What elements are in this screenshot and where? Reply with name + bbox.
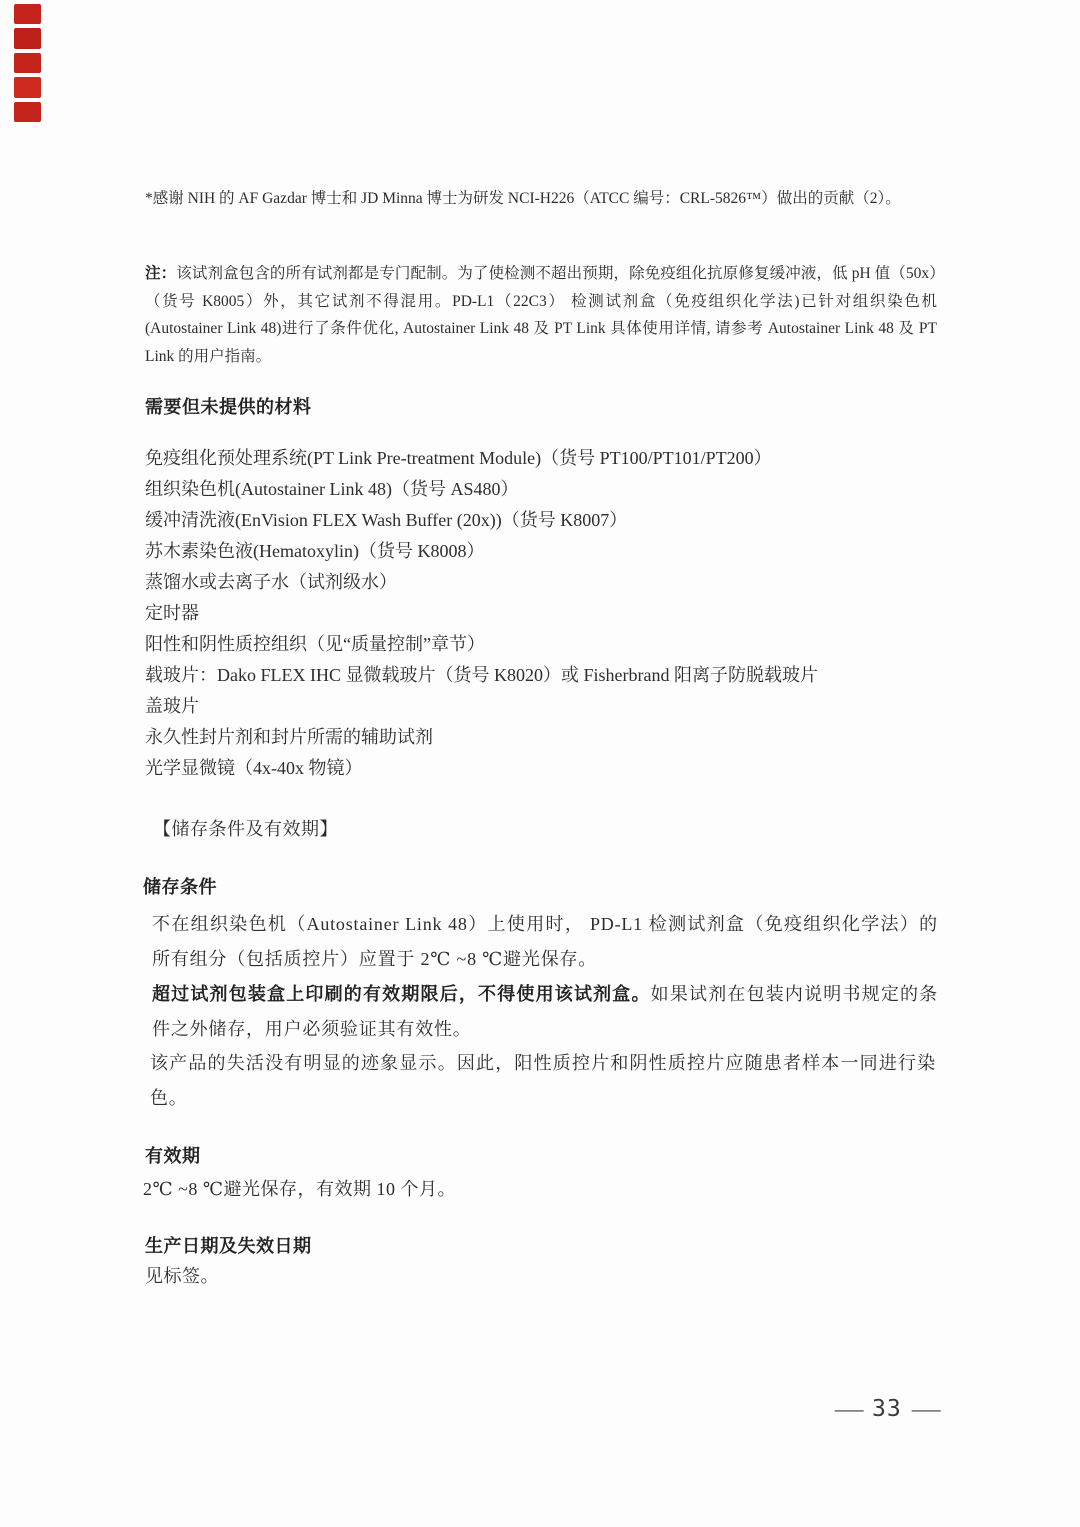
- document-page: *感谢 NIH 的 AF Gazdar 博士和 JD Minna 博士为研发 N…: [0, 0, 1080, 1527]
- acknowledgement-paragraph: *感谢 NIH 的 AF Gazdar 博士和 JD Minna 博士为研发 N…: [145, 185, 937, 213]
- storage-conditions-heading: 储存条件: [143, 873, 217, 899]
- expiry-warning-bold: 超过试剂包装盒上印刷的有效期限后，不得使用该试剂盒。: [152, 984, 651, 1004]
- material-item: 盖玻片: [145, 691, 945, 722]
- material-item: 光学显微镜（4x-40x 物镜）: [145, 753, 945, 784]
- material-item: 蒸馏水或去离子水（试剂级水）: [145, 567, 945, 598]
- page-number: 33: [872, 1396, 902, 1422]
- material-item: 组织染色机(Autostainer Link 48)（货号 AS480）: [145, 474, 945, 505]
- materials-heading: 需要但未提供的材料: [145, 393, 312, 419]
- production-dates-text: 见标签。: [145, 1262, 219, 1288]
- note-body: 该试剂盒包含的所有试剂都是专门配制。为了使检测不超出预期，除免疫组化抗原修复缓冲…: [145, 265, 937, 365]
- corner-mark: [14, 4, 41, 24]
- note-label: 注：: [145, 265, 176, 282]
- shelf-life-text: 2℃ ~8 ℃避光保存，有效期 10 个月。: [143, 1175, 456, 1201]
- material-item: 载玻片：Dako FLEX IHC 显微载玻片（货号 K8020）或 Fishe…: [145, 660, 945, 691]
- corner-mark: [14, 53, 41, 73]
- expiry-warning-paragraph: 超过试剂包装盒上印刷的有效期限后，不得使用该试剂盒。如果试剂在包装内说明书规定的…: [152, 977, 938, 1046]
- storage-section-heading: 【储存条件及有效期】: [153, 815, 338, 841]
- deterioration-paragraph: 该产品的失活没有明显的迹象显示。因此，阳性质控片和阴性质控片应随患者样本一同进行…: [150, 1046, 936, 1115]
- corner-mark: [14, 102, 41, 122]
- material-item: 缓冲清洗液(EnVision FLEX Wash Buffer (20x))（货…: [145, 505, 945, 536]
- footer-right-dash: —: [912, 1396, 939, 1422]
- production-dates-heading: 生产日期及失效日期: [145, 1232, 312, 1258]
- footer-left-dash: —: [835, 1396, 862, 1422]
- material-item: 免疫组化预处理系统(PT Link Pre-treatment Module)（…: [145, 443, 945, 474]
- storage-conditions-paragraph: 不在组织染色机（Autostainer Link 48）上使用时， PD-L1 …: [152, 907, 938, 976]
- material-item: 苏木素染色液(Hematoxylin)（货号 K8008）: [145, 536, 945, 567]
- corner-mark: [14, 28, 41, 49]
- materials-list: 免疫组化预处理系统(PT Link Pre-treatment Module)（…: [145, 443, 945, 784]
- shelf-life-heading: 有效期: [145, 1142, 201, 1168]
- material-item: 定时器: [145, 598, 945, 629]
- corner-mark: [14, 77, 41, 98]
- page-footer: — 33 —: [838, 1396, 936, 1422]
- corner-registration-marks: [14, 4, 41, 122]
- material-item: 阳性和阴性质控组织（见“质量控制”章节）: [145, 629, 945, 660]
- note-paragraph: 注：该试剂盒包含的所有试剂都是专门配制。为了使检测不超出预期，除免疫组化抗原修复…: [145, 260, 937, 371]
- material-item: 永久性封片剂和封片所需的辅助试剂: [145, 722, 945, 753]
